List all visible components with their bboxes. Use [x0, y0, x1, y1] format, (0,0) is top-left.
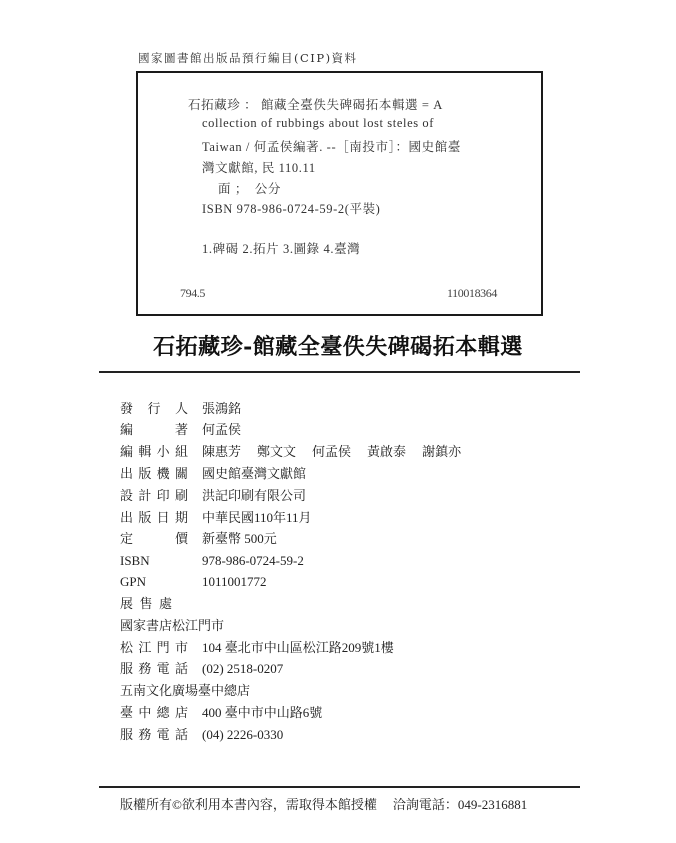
team-member: 黃啟泰	[367, 444, 406, 459]
cip-record-number: 110018364	[447, 286, 497, 301]
cip-line-publisher-date: 灣文獻館, 民 110.11	[202, 158, 316, 176]
top-divider	[99, 371, 580, 373]
team-member: 謝鎮亦	[422, 444, 461, 459]
colophon-row-gpn: GPN1011001772	[120, 572, 267, 592]
publication-date-label: 出版日期	[120, 508, 188, 528]
sales-label: 展售處	[120, 594, 172, 614]
publishing-agency-label: 出版機關	[120, 464, 188, 484]
store1-phone-label: 服務電話	[120, 659, 188, 679]
design-printing-value: 洪記印刷有限公司	[202, 486, 306, 506]
cip-line-subjects: 1.碑碣 2.拓片 3.圖錄 4.臺灣	[202, 239, 360, 257]
colophon-row-publisher: 發行人張鴻銘	[120, 399, 241, 419]
price-value: 新臺幣 500元	[202, 529, 277, 549]
colophon-row-price: 定價新臺幣 500元	[120, 529, 277, 549]
colophon-row-store1-name: 國家書店松江門市	[120, 616, 224, 636]
cip-line-title: 石拓藏珍 ： 館藏全臺佚失碑碣拓本輯選 = A	[188, 95, 443, 113]
editor-value: 何孟侯	[202, 420, 241, 440]
cip-line-pages: 面 ； 公分	[218, 179, 281, 197]
store1-phone: (02) 2518-0207	[202, 659, 283, 679]
colophon-row-design-printing: 設計印刷洪記印刷有限公司	[120, 486, 306, 506]
team-member: 何孟侯	[312, 444, 351, 459]
store2-phone: (04) 2226-0330	[202, 725, 283, 745]
store2-name: 五南文化廣場臺中總店	[120, 681, 250, 701]
cip-classification-number: 794.5	[180, 286, 205, 301]
colophon-row-store2-phone: 服務電話(04) 2226-0330	[120, 725, 283, 745]
colophon-row-sales: 展售處	[120, 594, 186, 614]
isbn-label: ISBN	[120, 551, 188, 571]
book-title: 石拓藏珍-館藏全臺佚失碑碣拓本輯選	[0, 330, 676, 361]
colophon-row-editorial-team: 編輯小組陳惠芳鄭文文何孟侯黃啟泰謝鎮亦	[120, 442, 461, 462]
design-printing-label: 設計印刷	[120, 486, 188, 506]
copyright-text: 版權所有©欲利用本書內容，需取得本館授權	[120, 797, 377, 812]
colophon-row-isbn: ISBN978-986-0724-59-2	[120, 551, 304, 571]
team-member: 陳惠芳	[202, 444, 241, 459]
gpn-label: GPN	[120, 572, 188, 592]
price-label: 定價	[120, 529, 188, 549]
cip-record-box: 石拓藏珍 ： 館藏全臺佚失碑碣拓本輯選 = A collection of ru…	[136, 71, 543, 316]
editor-label: 編著	[120, 420, 188, 440]
colophon-row-editor: 編著何孟侯	[120, 420, 241, 440]
publication-date-value: 中華民國110年11月	[202, 508, 312, 528]
cip-line-author-publisher: Taiwan / 何孟侯編著. --［南投市］：國史館臺	[202, 137, 461, 155]
editorial-team-members: 陳惠芳鄭文文何孟侯黃啟泰謝鎮亦	[202, 442, 461, 462]
colophon-row-store2-address: 臺中總店400 臺中市中山路6號	[120, 703, 322, 723]
team-member: 鄭文文	[257, 444, 296, 459]
store1-address: 104 臺北市中山區松江路209號1樓	[202, 638, 394, 658]
isbn-value: 978-986-0724-59-2	[202, 551, 304, 571]
cip-line-english-title: collection of rubbings about lost steles…	[202, 116, 434, 131]
colophon-row-publishing-agency: 出版機關國史館臺灣文獻館	[120, 464, 306, 484]
publisher-label: 發行人	[120, 399, 188, 419]
publishing-agency-value: 國史館臺灣文獻館	[202, 464, 306, 484]
copyright-notice: 版權所有©欲利用本書內容，需取得本館授權洽詢電話：049-2316881	[120, 794, 527, 813]
cip-heading: 國家圖書館出版品預行編目(CIP)資料	[138, 50, 358, 66]
store1-name: 國家書店松江門市	[120, 616, 224, 636]
store1-address-label: 松江門市	[120, 638, 188, 658]
publisher-value: 張鴻銘	[202, 399, 241, 419]
bottom-divider	[99, 786, 580, 788]
cip-line-isbn: ISBN 978-986-0724-59-2(平裝)	[202, 199, 380, 217]
inquiry-phone: 洽詢電話：049-2316881	[393, 797, 527, 812]
editorial-team-label: 編輯小組	[120, 442, 188, 462]
store2-phone-label: 服務電話	[120, 725, 188, 745]
colophon-row-publication-date: 出版日期中華民國110年11月	[120, 508, 312, 528]
colophon-row-store1-phone: 服務電話(02) 2518-0207	[120, 659, 283, 679]
store2-address-label: 臺中總店	[120, 703, 188, 723]
colophon-row-store2-name: 五南文化廣場臺中總店	[120, 681, 250, 701]
gpn-value: 1011001772	[202, 572, 267, 592]
store2-address: 400 臺中市中山路6號	[202, 703, 322, 723]
colophon-row-store1-address: 松江門市104 臺北市中山區松江路209號1樓	[120, 638, 394, 658]
